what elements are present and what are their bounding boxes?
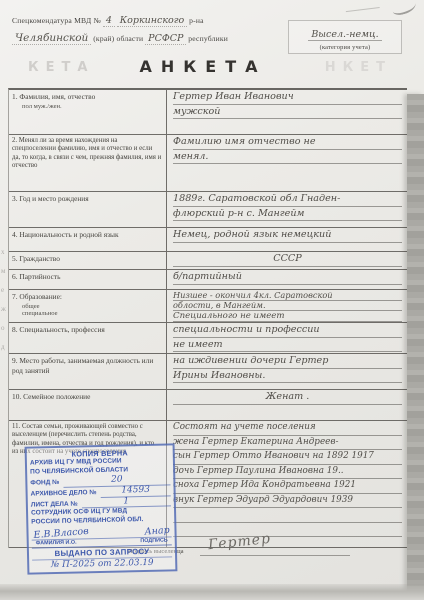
title-ghost-offset-print: КЕТА <box>28 60 94 75</box>
header-printed-republic-label: республики <box>188 34 228 43</box>
form-row-4: 4. Национальность и родной язык Немец, р… <box>9 228 407 252</box>
form-row-9: 9. Место работы, занимаемая должность ил… <box>9 354 407 390</box>
empty-ruled-line <box>173 508 402 523</box>
header-printed-text: Спецкомендатура МВД № <box>12 16 101 25</box>
row-label-cell: 10. Семейное положение <box>9 390 167 420</box>
row-answer-cell: Состоят на учете поселения жена Гертер Е… <box>167 421 407 547</box>
handwritten-answer: дочь Гертер Паулина Ивановна 19.. <box>173 465 402 480</box>
row-answer-cell: Фамилию имя отчество не менял. <box>167 135 407 191</box>
row-label: 7. Образование: <box>12 292 162 302</box>
row-answer-cell: Немец, родной язык немецкий <box>167 228 407 251</box>
row-label-cell: 2. Менял ли за время нахождения на спецп… <box>9 135 167 191</box>
row-answer-cell: специальности и профессии не имеет <box>167 323 407 353</box>
stamp-signature-label: ПОДПИСЬ <box>140 537 167 544</box>
handwritten-answer: Фамилию имя отчество не <box>173 135 402 150</box>
stamp-fond-label: ФОНД № <box>30 478 59 488</box>
form-row-1: 1. Фамилия, имя, отчество пол муж./жен. … <box>9 90 407 135</box>
category-of-record-box: Высел.-немц. (категория учета) <box>288 20 402 54</box>
row-label: 3. Год и место рождения <box>12 194 162 204</box>
signature-rule-line <box>200 555 350 556</box>
row-sublabel: пол муж./жен. <box>22 103 162 110</box>
stamp-request-number-handwritten: № П-2025 от 22.03.19 <box>32 556 172 572</box>
scan-edge-bottom <box>0 584 424 600</box>
row-sublabel: общее специальное <box>22 303 162 317</box>
header-line-1: Спецкомендатура МВД № 4 Коркинского р-на <box>12 16 312 26</box>
header-printed-suffix: р-на <box>189 16 204 25</box>
document-header: Спецкомендатура МВД № 4 Коркинского р-на… <box>12 16 312 52</box>
archive-copy-stamp: КОПИЯ ВЕРНА АРХИВ ИЦ ГУ МВД РОССИИ ПО ЧЕ… <box>25 443 178 575</box>
row-label-cell: 6. Партийность <box>9 270 167 289</box>
row-answer-cell: Низшее - окончил 4кл. Саратовской облост… <box>167 290 407 322</box>
form-row-8: 8. Специальность, профессия специальност… <box>9 323 407 354</box>
empty-ruled-line <box>173 523 402 538</box>
handwritten-answer: жена Гертер Екатерина Андреев- <box>173 436 402 451</box>
header-line-2: Челябинской (край) области РСФСР республ… <box>12 33 312 45</box>
handwritten-district: Коркинского <box>117 15 187 27</box>
pencil-mark <box>346 7 380 16</box>
row-answer-cell: на иждивении дочери Гертер Ирины Ивановн… <box>167 354 407 389</box>
row-label-cell: 4. Национальность и родной язык <box>9 228 167 251</box>
handwritten-answer: Гертер Иван Иванович <box>173 90 402 105</box>
pencil-mark <box>391 0 417 17</box>
title-row: КЕТА АНКЕТА НКЕТ <box>0 57 406 77</box>
handwritten-answer: внук Гертер Эдуард Эдуардович 1939 <box>173 494 402 509</box>
row-answer-cell: Женат . <box>167 390 407 420</box>
form-row-5: 5. Гражданство СССР <box>9 252 407 270</box>
form-row-10: 10. Семейное положение Женат . <box>9 390 407 421</box>
handwritten-answer: менял. <box>173 150 402 165</box>
row-label: 4. Национальность и родной язык <box>12 230 162 240</box>
header-printed-oblast-label: (край) области <box>93 34 143 43</box>
row-label: 10. Семейное положение <box>12 392 162 402</box>
row-label-cell: 8. Специальность, профессия <box>9 323 167 353</box>
handwritten-answer: сын Гертер Отто Иванович на 1892 1917 <box>173 450 402 465</box>
handwritten-answer: сноха Гертер Ида Кондратьевна 1921 <box>173 479 402 494</box>
stamp-family-label: ФАМИЛИЯ И.О. <box>36 540 77 547</box>
scanned-anketa-document: хм еж од Спецкомендатура МВД № 4 Коркинс… <box>0 0 424 600</box>
form-row-2: 2. Менял ли за время нахождения на спецп… <box>9 135 407 192</box>
row-label-cell: 3. Год и место рождения <box>9 192 167 227</box>
row-answer-cell: СССР <box>167 252 407 269</box>
handwritten-answer: Немец, родной язык немецкий <box>173 228 402 243</box>
handwritten-answer: не имеет <box>173 338 402 353</box>
handwritten-answer: облости, в Мангейм. <box>173 301 402 311</box>
row-label-cell: 7. Образование: общее специальное <box>9 290 167 322</box>
officer-signature-scrawl: Анар <box>144 525 170 538</box>
handwritten-answer: Ирины Ивановны. <box>173 369 402 384</box>
row-label-cell: 1. Фамилия, имя, отчество пол муж./жен. <box>9 90 167 134</box>
handwritten-answer: Состоят на учете поселения <box>173 421 402 436</box>
row-label-cell: 5. Гражданство <box>9 252 167 269</box>
row-label: 8. Специальность, профессия <box>12 325 162 335</box>
row-label: 5. Гражданство <box>12 254 162 264</box>
handwritten-answer: специальности и профессии <box>173 323 402 338</box>
scan-edge-right <box>407 94 424 600</box>
row-answer-cell: Гертер Иван Иванович мужской <box>167 90 407 134</box>
category-label: (категория учета) <box>291 44 399 51</box>
handwritten-answer: мужской <box>173 105 402 120</box>
handwritten-answer: 1889г. Саратовской обл Гнаден- <box>173 192 402 207</box>
page-title: АНКЕТА <box>139 57 266 76</box>
handwritten-oblast: Челябинской <box>12 32 91 45</box>
row-label: 2. Менял ли за время нахождения на спецп… <box>12 137 162 171</box>
form-row-3: 3. Год и место рождения 1889г. Саратовск… <box>9 192 407 228</box>
row-answer-cell: 1889г. Саратовской обл Гнаден- флюрский … <box>167 192 407 227</box>
handwritten-answer: б/партийный <box>173 270 402 285</box>
margin-bleed-through-marks: хм еж од <box>1 248 6 351</box>
title-ghost-offset-print: НКЕТ <box>325 60 392 75</box>
row-label: 6. Партийность <box>12 272 162 282</box>
handwritten-republic: РСФСР <box>145 33 186 45</box>
handwritten-answer: Специального не имеет <box>173 311 402 322</box>
row-answer-cell: б/партийный <box>167 270 407 289</box>
handwritten-answer: СССР <box>173 252 402 267</box>
handwritten-answer: флюрский р-н с. Мангейм <box>173 207 402 222</box>
handwritten-answer: на иждивении дочери Гертер <box>173 354 402 369</box>
form-row-6: 6. Партийность б/партийный <box>9 270 407 290</box>
row-label: 9. Место работы, занимаемая должность ил… <box>12 356 162 375</box>
handwritten-answer: Женат . <box>173 390 402 405</box>
handwritten-category-value: Высел.-немц. <box>308 29 381 41</box>
handwritten-commandant-number: 4 <box>103 15 115 27</box>
row-label-cell: 9. Место работы, занимаемая должность ил… <box>9 354 167 389</box>
row-label: 1. Фамилия, имя, отчество <box>12 92 162 102</box>
form-row-7: 7. Образование: общее специальное Низшее… <box>9 290 407 323</box>
